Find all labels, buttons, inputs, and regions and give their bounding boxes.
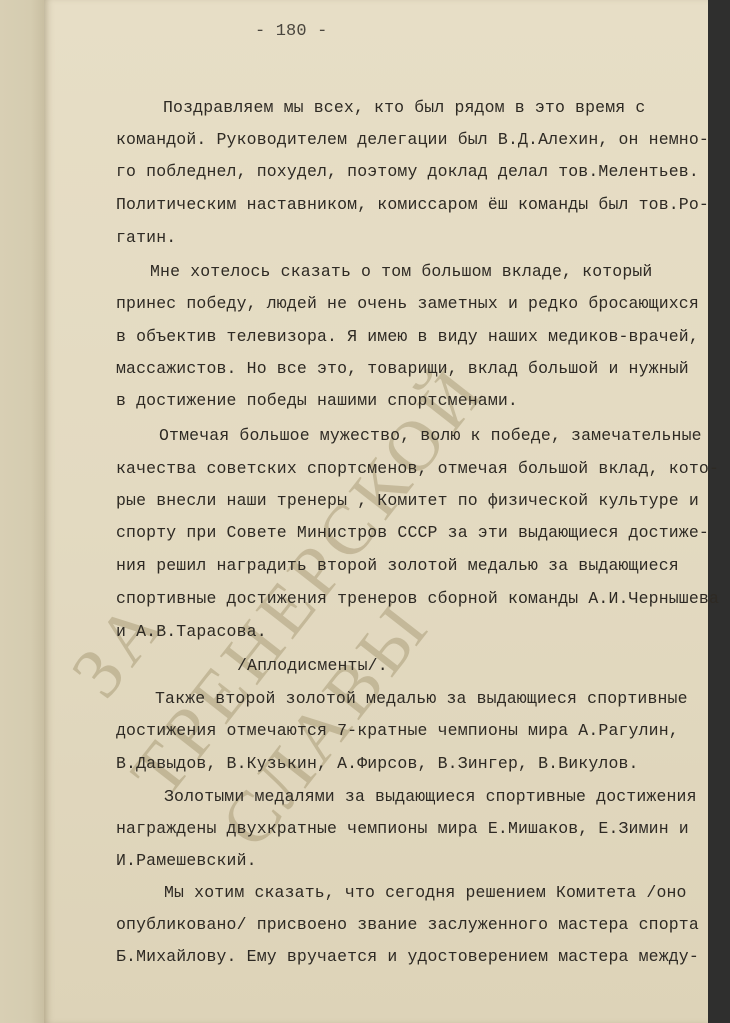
text-line: опубликовано/ присвоено звание заслуженн…	[116, 915, 699, 935]
text-line: командой. Руководителем делегации был В.…	[116, 130, 709, 150]
page-number: - 180 -	[255, 22, 327, 42]
text-line: Поздравляем мы всех, кто был рядом в это…	[163, 98, 645, 118]
text-line: ния решил наградить второй золотой медал…	[116, 556, 679, 576]
scanned-document: ЗА ТРЕНЕРСКОЙ СЛАВЫ - 180 - Поздравляем …	[0, 0, 730, 1023]
text-line: и А.В.Тарасова.	[116, 622, 267, 642]
text-line: /Аплодисменты/.	[237, 656, 388, 676]
text-line: Отмечая большое мужество, волю к победе,…	[159, 426, 702, 446]
text-line: го побледнел, похудел, поэтому доклад де…	[116, 162, 699, 182]
text-line: Золотыми медалями за выдающиеся спортивн…	[164, 787, 697, 807]
text-line: в объектив телевизора. Я имею в виду наш…	[116, 327, 699, 347]
text-line: достижения отмечаются 7-кратные чемпионы…	[116, 721, 679, 741]
text-line: массажистов. Но все это, товарищи, вклад…	[116, 359, 689, 379]
text-line: Политическим наставником, комиссаром ёш …	[116, 195, 709, 215]
text-line: И.Рамешевский.	[116, 851, 257, 871]
text-line: качества советских спортсменов, отмечая …	[116, 459, 719, 479]
text-line: принес победу, людей не очень заметных и…	[116, 294, 699, 314]
previous-page-edge	[0, 0, 44, 1023]
text-line: рые внесли наши тренеры , Комитет по физ…	[116, 491, 699, 511]
text-line: В.Давыдов, В.Кузькин, А.Фирсов, В.Зингер…	[116, 754, 639, 774]
text-line: в достижение победы нашими спортсменами.	[116, 391, 518, 411]
text-line: спорту при Совете Министров СССР за эти …	[116, 523, 709, 543]
text-line: Мне хотелось сказать о том большом вклад…	[150, 262, 653, 282]
text-line: Также второй золотой медалью за выдающие…	[155, 689, 688, 709]
text-line: Мы хотим сказать, что сегодня решением К…	[164, 883, 687, 903]
scanner-background	[708, 0, 730, 1023]
text-line: гатин.	[116, 228, 176, 248]
text-line: Б.Михайлову. Ему вручается и удостоверен…	[116, 947, 699, 967]
text-line: награждены двухкратные чемпионы мира Е.М…	[116, 819, 689, 839]
text-line: спортивные достижения тренеров сборной к…	[116, 589, 719, 609]
